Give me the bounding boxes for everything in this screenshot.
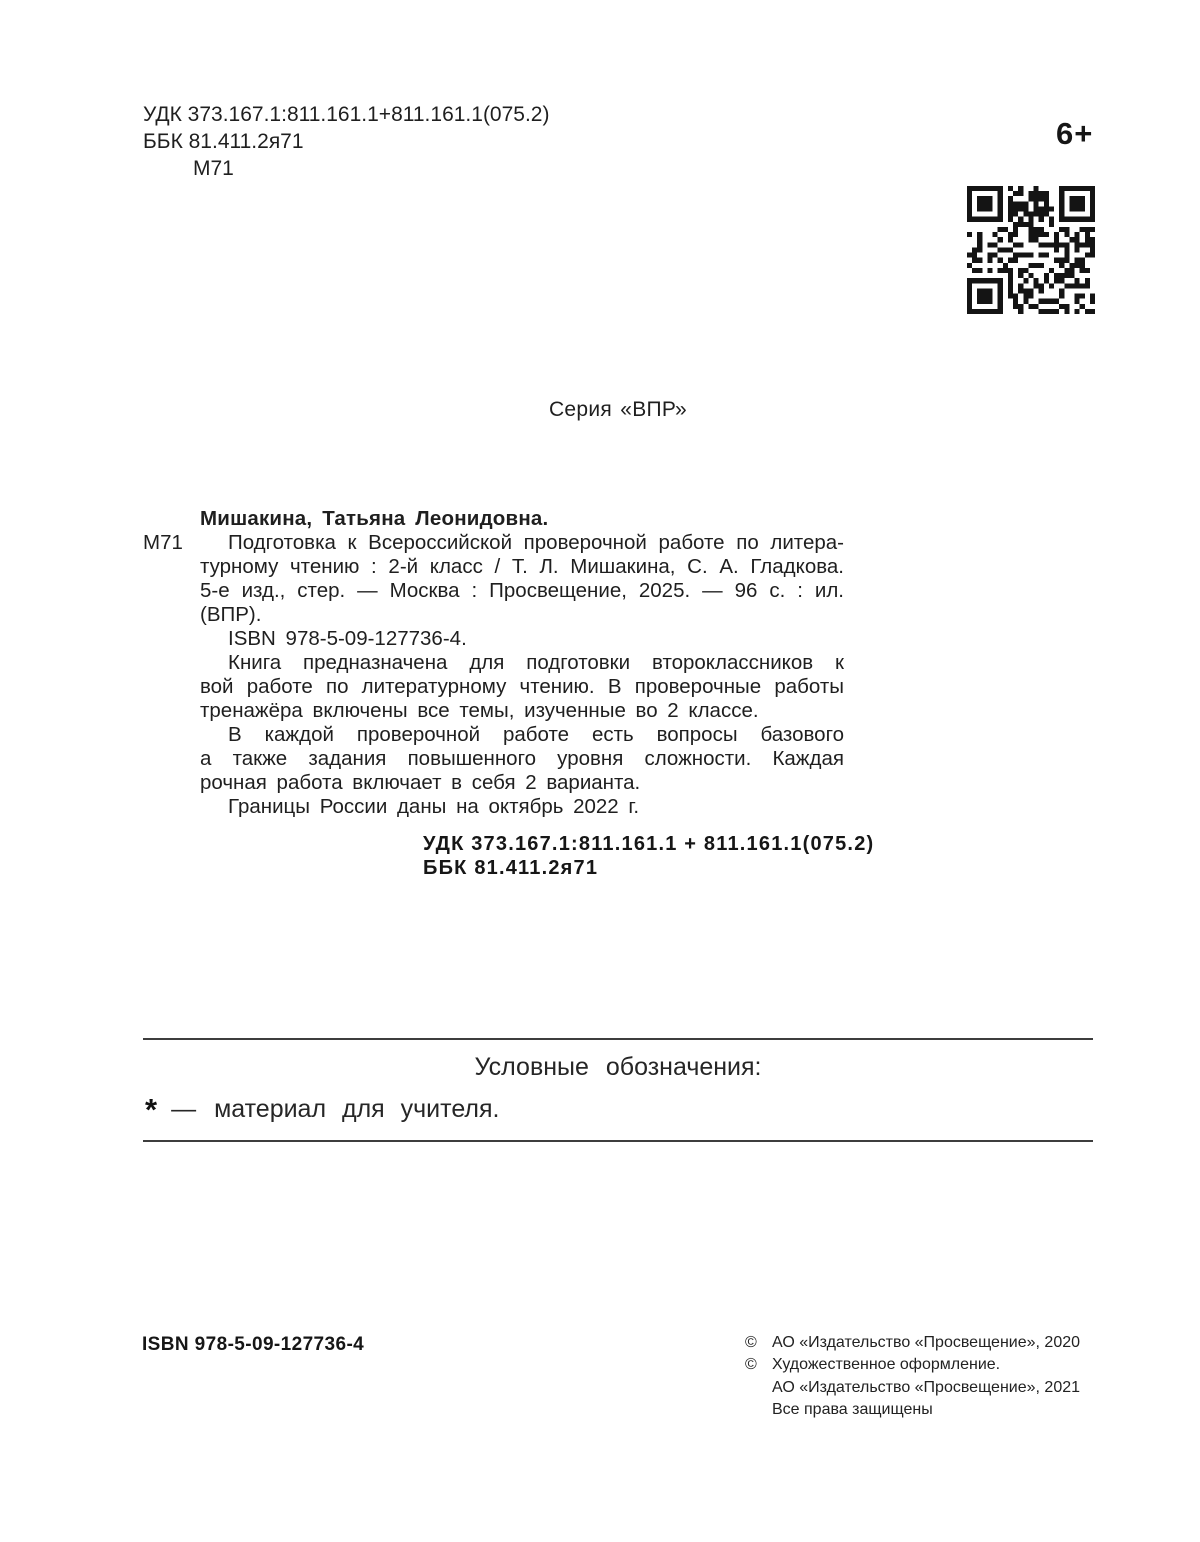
top-bibliographic-codes: УДК 373.167.1:811.161.1+811.161.1(075.2)… xyxy=(143,101,549,182)
copyright-line: © Художественное оформление. xyxy=(745,1354,1080,1376)
series-label: Серия «ВПР» xyxy=(549,398,687,421)
udk-code-line: УДК 373.167.1:811.161.1+811.161.1(075.2) xyxy=(143,101,549,128)
divider-top xyxy=(143,1038,1093,1040)
bbk-footer-line: ББК 81.411.2я71 xyxy=(423,857,874,881)
annotation-line: тренажёра включены все темы, изученные в… xyxy=(200,699,844,723)
annotation-line: Книга предназначена для подготовки второ… xyxy=(200,651,844,675)
qr-code xyxy=(967,186,1095,314)
copyright-text: Все права защищены xyxy=(772,1399,933,1421)
footer-bibliographic-codes: УДК 373.167.1:811.161.1 + 811.161.1(075.… xyxy=(423,833,874,880)
udk-footer-line: УДК 373.167.1:811.161.1 + 811.161.1(075.… xyxy=(423,833,874,857)
age-rating-badge: 6+ xyxy=(1056,116,1093,152)
author-sign-code: М71 xyxy=(143,155,549,182)
annotation-line: вой работе по литературному чтению. В пр… xyxy=(200,675,844,699)
legend-heading: Условные обозначения: xyxy=(143,1053,1093,1082)
copyright-text: АО «Издательство «Просвещение», 2020 xyxy=(772,1332,1080,1354)
copyright-block: © АО «Издательство «Просвещение», 2020 ©… xyxy=(745,1332,1080,1421)
catalog-card: М71 Мишакина, Татьяна Леонидовна. Подгот… xyxy=(200,507,844,819)
legend-text: материал для учителя. xyxy=(214,1095,499,1123)
legend-dash: — xyxy=(171,1095,196,1123)
copyright-line: © АО «Издательство «Просвещение», 2020 xyxy=(745,1332,1080,1354)
copyright-symbol xyxy=(745,1377,772,1399)
copyright-text: Художественное оформление. xyxy=(772,1354,1000,1376)
asterisk-symbol: * xyxy=(145,1092,157,1127)
isbn-footer: ISBN 978-5-09-127736-4 xyxy=(142,1334,364,1356)
catalog-margin-code: М71 xyxy=(143,531,183,555)
catalog-line: 5-е изд., стер. — Москва : Просвещение, … xyxy=(200,579,844,603)
annotation-line: рочная работа включает в себя 2 варианта… xyxy=(200,771,844,795)
divider-bottom xyxy=(143,1140,1093,1142)
catalog-line: турному чтению : 2-й класс / Т. Л. Мишак… xyxy=(200,555,844,579)
annotation-line: Границы России даны на октябрь 2022 г. xyxy=(200,795,844,819)
isbn-line: ISBN 978-5-09-127736-4. xyxy=(200,627,844,651)
author-name: Мишакина, Татьяна Леонидовна. xyxy=(200,507,844,531)
annotation-line: В каждой проверочной работе есть вопросы… xyxy=(200,723,844,747)
copyright-line: Все права защищены xyxy=(745,1399,1080,1421)
annotation-line: а также задания повышенного уровня сложн… xyxy=(200,747,844,771)
catalog-line: Подготовка к Всероссийской проверочной р… xyxy=(200,531,844,555)
copyright-symbol xyxy=(745,1399,772,1421)
copyright-text: АО «Издательство «Просвещение», 2021 xyxy=(772,1377,1080,1399)
catalog-line: (ВПР). xyxy=(200,603,844,627)
copyright-line: АО «Издательство «Просвещение», 2021 xyxy=(745,1377,1080,1399)
imprint-page: УДК 373.167.1:811.161.1+811.161.1(075.2)… xyxy=(0,0,1200,1542)
qr-code-image xyxy=(967,186,1095,314)
legend-item: *—материал для учителя. xyxy=(145,1092,499,1128)
copyright-symbol: © xyxy=(745,1354,772,1376)
copyright-symbol: © xyxy=(745,1332,772,1354)
bbk-code-line: ББК 81.411.2я71 xyxy=(143,128,549,155)
